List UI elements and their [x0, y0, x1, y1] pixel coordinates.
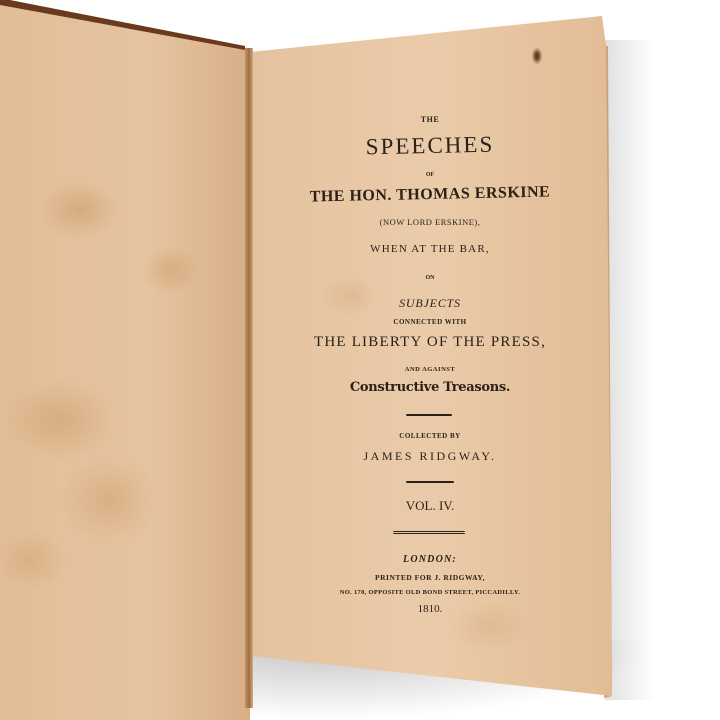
- imprint-printer: PRINTED FOR J. RIDGWAY,: [260, 573, 600, 582]
- divider-rule: [406, 414, 452, 416]
- title-and-against: AND AGAINST: [260, 366, 600, 373]
- volume-number: VOL. IV.: [260, 498, 600, 514]
- foxing-spot: [532, 48, 542, 64]
- book-gutter: [245, 48, 253, 708]
- when-at-bar: WHEN AT THE BAR,: [260, 243, 600, 255]
- imprint-address: NO. 170, OPPOSITE OLD BOND STREET, PICCA…: [260, 589, 600, 596]
- title-of: OF: [260, 172, 600, 178]
- title-connected-with: CONNECTED WITH: [260, 318, 600, 326]
- imprint-year: 1810.: [260, 603, 600, 615]
- title-subjects: SUBJECTS: [260, 296, 600, 311]
- title-on: ON: [260, 275, 600, 281]
- book-side-shadow: [605, 40, 655, 700]
- imprint-place: LONDON:: [260, 554, 600, 565]
- double-divider-rule: [393, 531, 465, 534]
- author-note: (NOW LORD ERSKINE),: [260, 217, 600, 227]
- title-constructive-treasons: Constructive Treasons.: [260, 380, 600, 395]
- editor-name: JAMES RIDGWAY.: [260, 449, 600, 464]
- collected-by: COLLECTED BY: [260, 432, 600, 440]
- book-photo: THE SPEECHES OF THE HON. THOMAS ERSKINE …: [0, 0, 720, 720]
- title-liberty-of-press: THE LIBERTY OF THE PRESS,: [260, 334, 600, 351]
- title-the: THE: [260, 115, 600, 124]
- divider-rule: [406, 481, 454, 483]
- left-blank-page: [0, 0, 250, 720]
